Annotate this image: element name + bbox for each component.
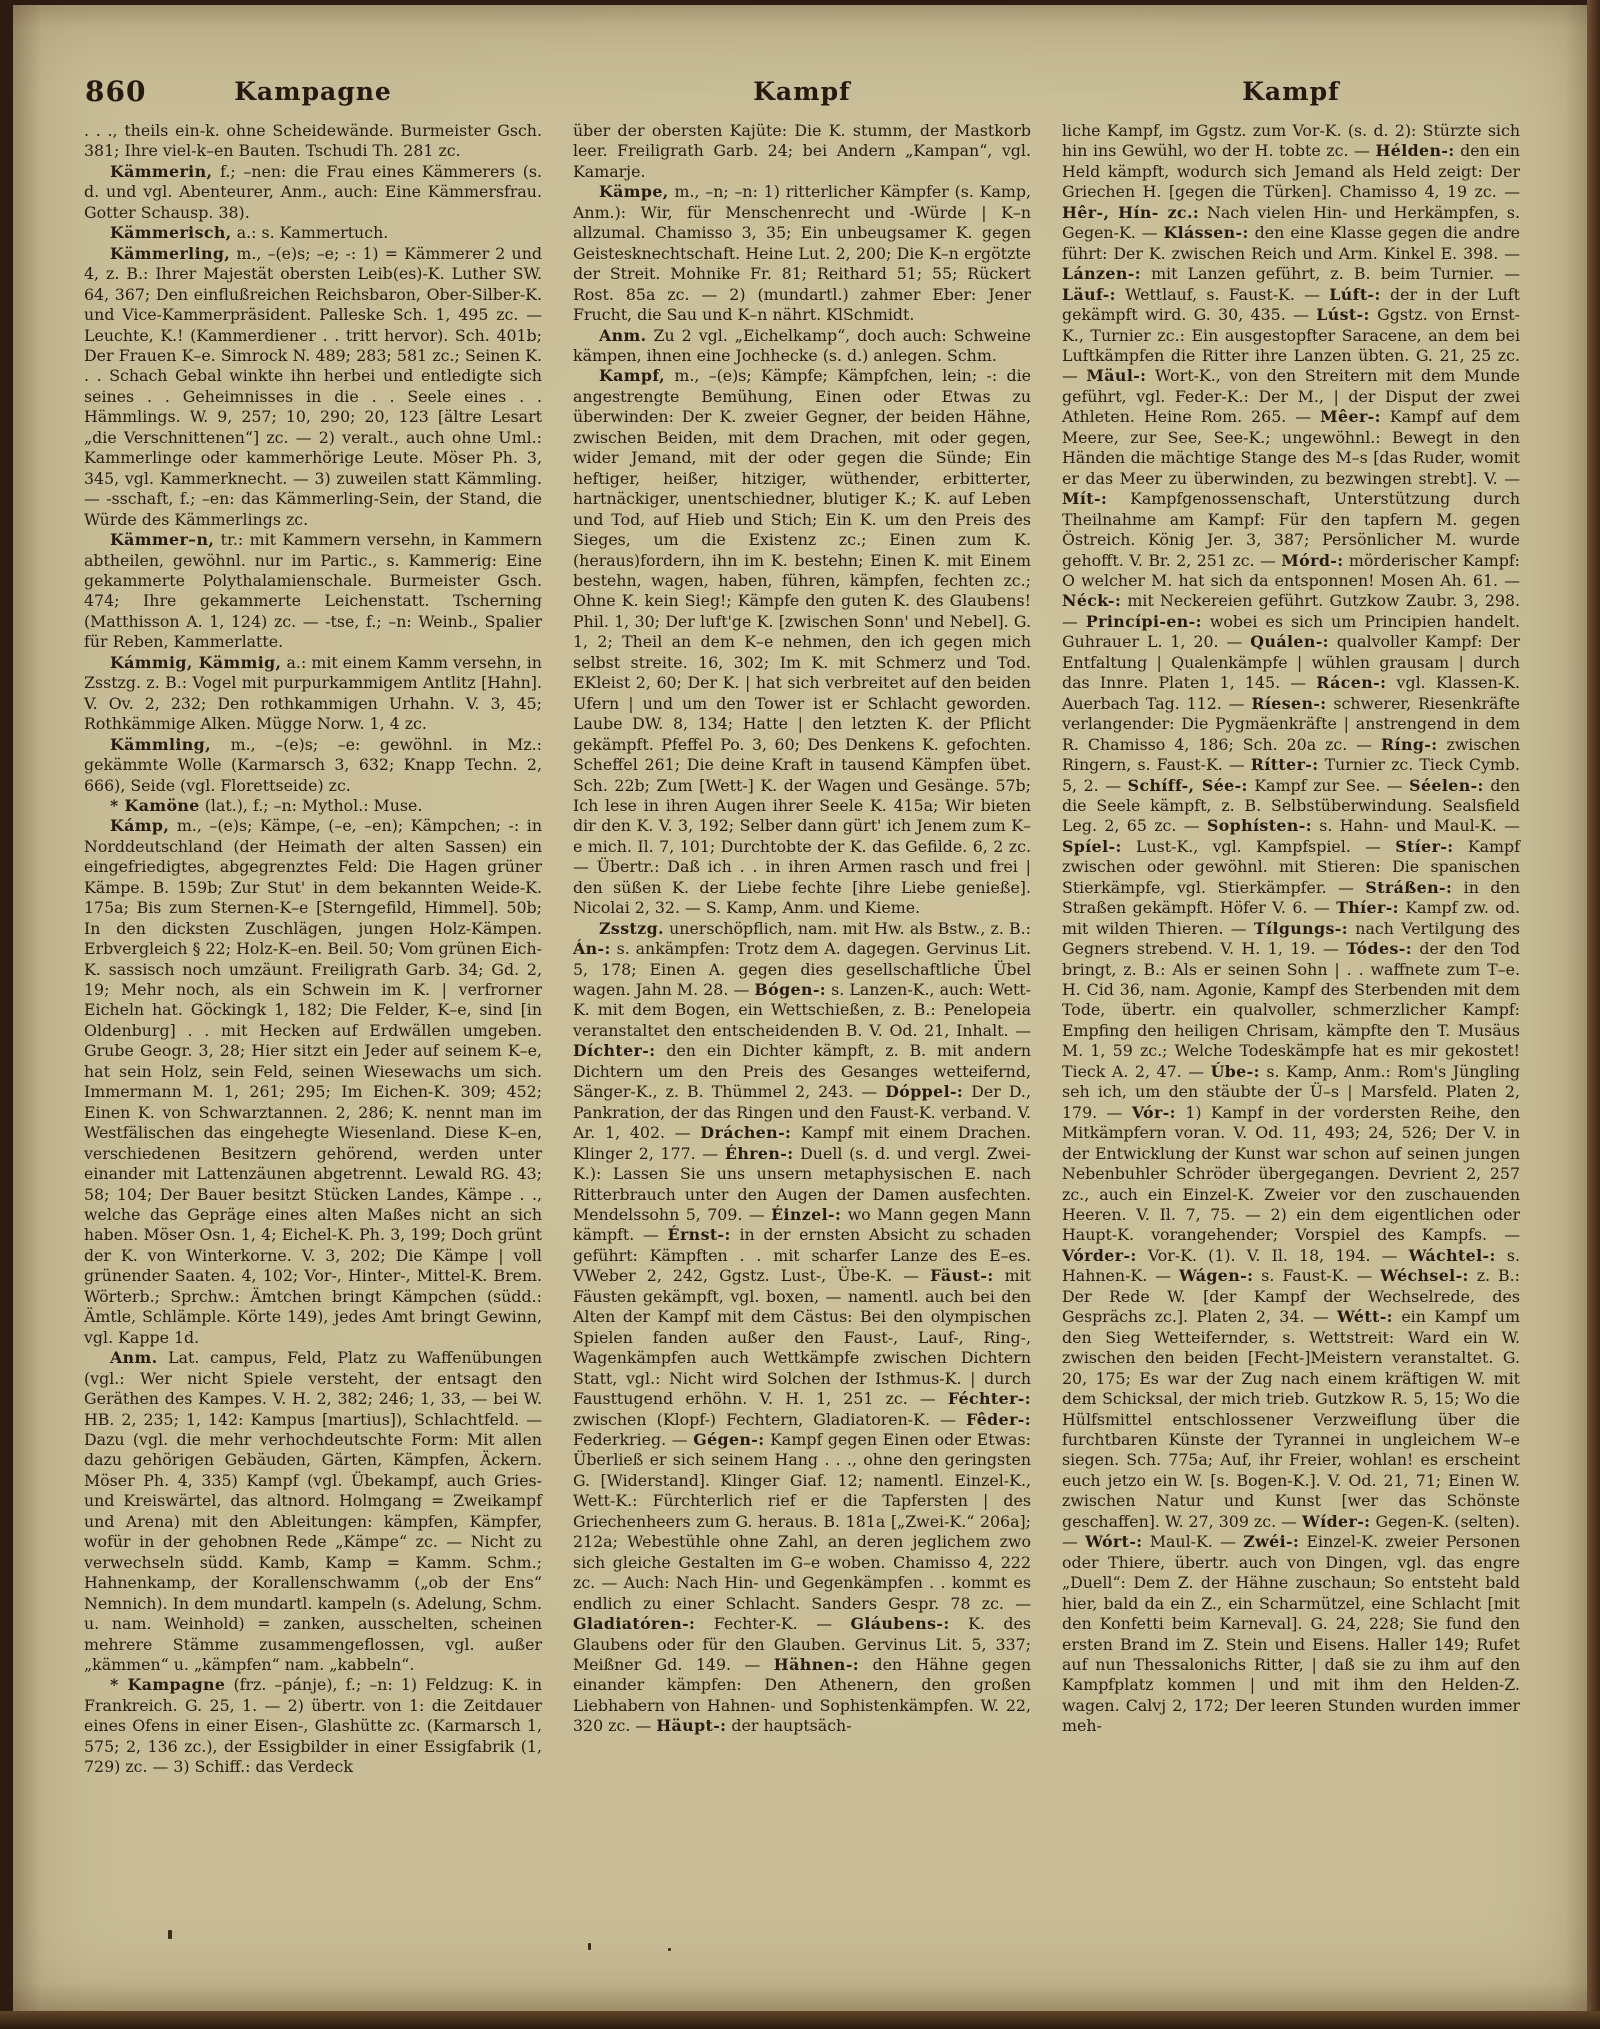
entry-headword: Anm. [110,1348,158,1367]
entry-headword: Rítter-: [1251,755,1319,774]
entry-headword: Häupt-: [656,1716,726,1735]
entry-headword: Hélden-: [1375,141,1454,160]
entry-headword: Anm. [599,326,647,345]
dictionary-paragraph: * Kampagne (frz. –pánje), f.; –n: 1) Fel… [84,1675,542,1777]
page-paper: 860 Kampagne Kampf Kampf . . ., theils e… [13,5,1590,2013]
entry-headword: Vór-: [1132,1103,1176,1122]
scanned-dictionary-page: { "page": { "number": "860", "col1_heade… [0,0,1600,2029]
entry-headword: Kämmerin, [110,162,212,181]
entry-headword: Gláubens-: [851,1614,950,1633]
entry-headword: * Kamöne [110,796,200,815]
entry-headword: Quálen-: [1250,632,1329,651]
entry-headword: Wétt-: [1337,1307,1393,1326]
text-columns: . . ., theils ein-k. ohne Scheidewände. … [84,121,1520,1778]
dictionary-paragraph: über der obersten Kajüte: Die K. stumm, … [573,121,1031,182]
entry-headword: Lánzen-: [1062,264,1141,283]
entry-headword: Sophísten-: [1207,816,1312,835]
dictionary-paragraph: * Kamöne (lat.), f.; –n: Mythol.: Muse. [84,796,542,816]
entry-headword: Hähnen-: [774,1655,859,1674]
entry-headword: Díchter-: [573,1041,655,1060]
entry-headword: Zwéi-: [1243,1532,1299,1551]
ink-speck [668,1948,671,1951]
entry-headword: Érnst-: [668,1225,731,1244]
dictionary-paragraph: . . ., theils ein-k. ohne Scheidewände. … [84,121,542,162]
entry-headword: Éhren-: [725,1144,794,1163]
entry-headword: Mórd-: [1281,551,1343,570]
dictionary-paragraph: Kámp, m., –(e)s; Kämpe, (–e, –en); Kämpc… [84,816,542,1348]
entry-headword: Fäust-: [930,1266,993,1285]
entry-headword: Lúst-: [1316,305,1370,324]
entry-headword: Rácen-: [1316,673,1386,692]
entry-headword: Mêer-: [1320,407,1381,426]
column-1: . . ., theils ein-k. ohne Scheidewände. … [84,121,542,1778]
entry-headword: Néck-: [1062,591,1121,610]
entry-headword: Gladiatóren-: [573,1614,695,1633]
entry-headword: Klássen-: [1163,223,1248,242]
ink-speck [588,1943,591,1950]
entry-headword: Mít-: [1062,489,1107,508]
dictionary-paragraph: liche Kampf, im Ggstz. zum Vor-K. (s. d.… [1062,121,1520,1737]
entry-headword: Wéchsel-: [1380,1266,1469,1285]
column-2: über der obersten Kajüte: Die K. stumm, … [573,121,1031,1778]
entry-headword: Kampf, [599,366,665,385]
running-head: Kampagne Kampf Kampf [84,77,1520,106]
entry-headword: Tódes-: [1346,939,1412,958]
entry-headword: Läuf-: [1062,285,1116,304]
dictionary-paragraph: Kämpe, m., –n; –n: 1) ritterlicher Kämpf… [573,182,1031,325]
entry-headword: Spíel-: [1062,837,1122,856]
entry-headword: Kämmling, [110,735,211,754]
dictionary-paragraph: Kámmig, Kämmig, a.: mit einem Kamm verse… [84,653,542,735]
entry-headword: Wágen-: [1179,1266,1253,1285]
entry-headword: Thíer-: [1336,898,1399,917]
entry-headword: Zsstzg. [599,919,664,938]
entry-headword: Mäul-: [1086,366,1146,385]
entry-headword: Kämmer–n, [110,530,214,549]
dictionary-paragraph: Kämmerisch, a.: s. Kammertuch. [84,223,542,243]
entry-headword: Schíff-, Sée-: [1128,776,1248,795]
entry-headword: Kämpe, [599,182,669,201]
entry-headword: Stíer-: [1395,837,1453,856]
dictionary-paragraph: Kämmerling, m., –(e)s; –e; -: 1) = Kämme… [84,244,542,530]
dictionary-paragraph: Anm. Zu 2 vgl. „Eichelkamp“, doch auch: … [573,326,1031,367]
entry-headword: Féchter-: [948,1389,1031,1408]
entry-headword: Wáchtel-: [1409,1246,1496,1265]
entry-headword: Hêr-, Hín- zc.: [1062,203,1199,222]
running-head-col1: Kampagne [84,77,542,106]
book-edge-right [1587,0,1600,2029]
dictionary-paragraph: Kämmer–n, tr.: mit Kammern versehn, in K… [84,530,542,653]
dictionary-paragraph: Kämmling, m., –(e)s; –e: gewöhnl. in Mz.… [84,735,542,796]
running-head-col2: Kampf [573,77,1031,106]
entry-headword: Dráchen-: [700,1123,791,1142]
entry-headword: Kämmerling, [110,244,230,263]
book-edge-bottom [0,2011,1600,2029]
entry-headword: Éinzel-: [771,1205,841,1224]
entry-headword: Án-: [573,939,611,958]
column-3: liche Kampf, im Ggstz. zum Vor-K. (s. d.… [1062,121,1520,1778]
entry-headword: Tílgungs-: [1254,919,1348,938]
entry-headword: Séelen-: [1409,776,1484,795]
dictionary-paragraph: Anm. Lat. campus, Feld, Platz zu Waffenü… [84,1348,542,1675]
entry-headword: Stráßen-: [1365,878,1452,897]
dictionary-paragraph: Zsstzg. unerschöpflich, nam. mit Hw. als… [573,919,1031,1737]
entry-headword: * Kampagne [110,1675,225,1694]
entry-headword: Bógen-: [754,980,826,999]
entry-headword: Wíder-: [1302,1512,1370,1531]
dictionary-paragraph: Kampf, m., –(e)s; Kämpfe; Kämpfchen, lei… [573,366,1031,918]
ink-speck [168,1930,172,1939]
entry-headword: Wórt-: [1085,1532,1142,1551]
entry-headword: Fêder-: [966,1410,1031,1429]
entry-headword: Lúft-: [1329,285,1380,304]
entry-headword: Kämmerisch, [110,223,232,242]
entry-headword: Vórder-: [1062,1246,1137,1265]
dictionary-paragraph: Kämmerin, f.; –nen: die Frau eines Kämme… [84,162,542,223]
entry-headword: Dóppel-: [885,1082,963,1101]
entry-headword: Kámmig, Kämmig, [110,653,281,672]
entry-headword: Princípi-en-: [1086,612,1202,631]
entry-headword: Ríesen-: [1251,694,1326,713]
entry-headword: Gégen-: [693,1430,764,1449]
entry-headword: Úbe-: [1211,1062,1260,1081]
running-head-col3: Kampf [1062,77,1520,106]
entry-headword: Ríng-: [1381,735,1437,754]
entry-headword: Kámp, [110,816,169,835]
